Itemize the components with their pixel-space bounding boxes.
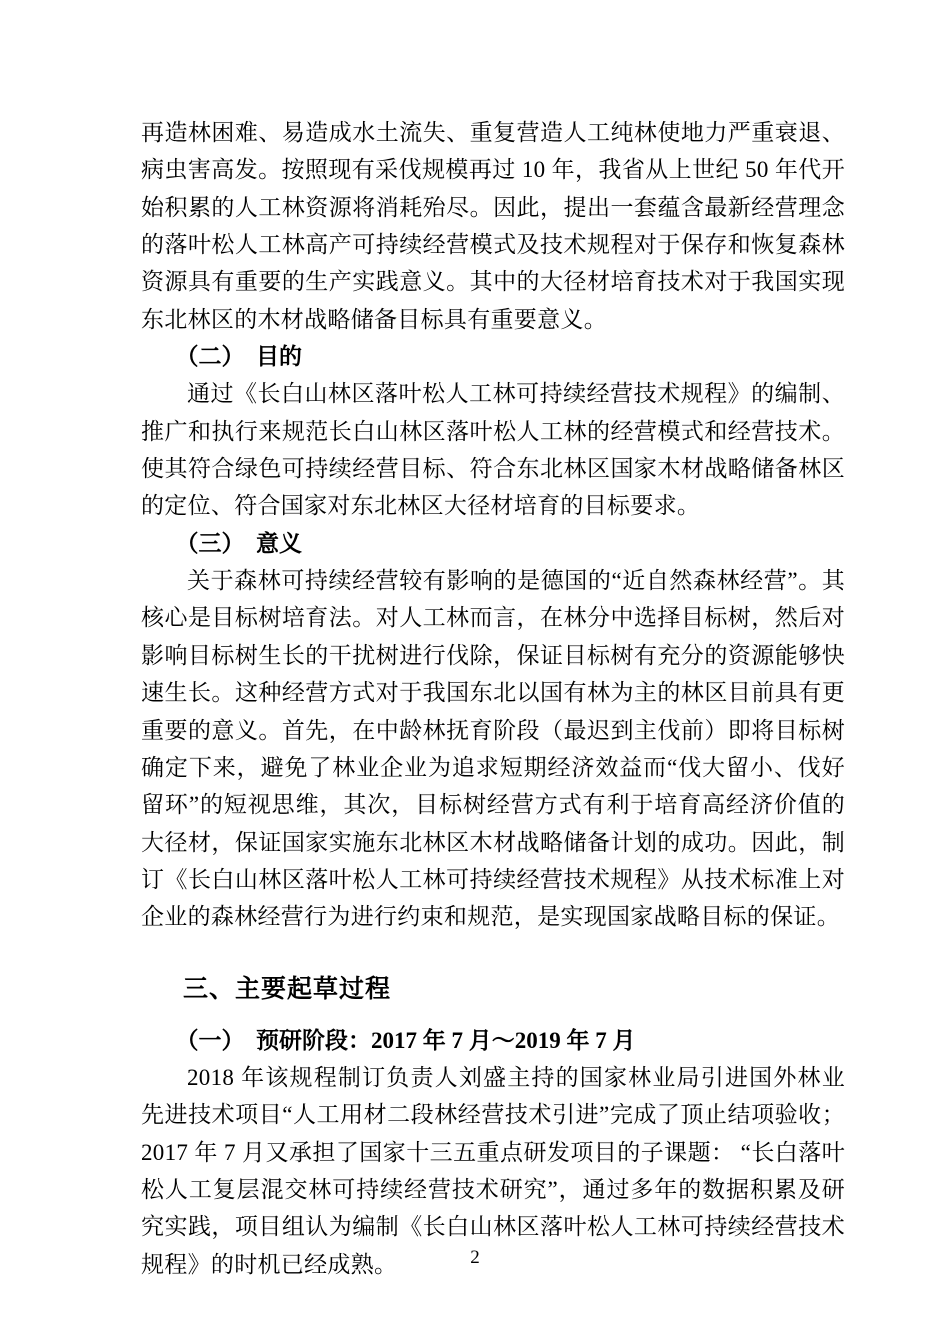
paragraph-purpose: 通过《长白山林区落叶松人工林可持续经营技术规程》的编制、推广和执行来规范长白山林… xyxy=(141,375,845,524)
heading-drafting-process: 三、主要起草过程 xyxy=(141,966,845,1012)
paragraph-significance: 关于森林可持续经营较有影响的是德国的“近自然森林经营”。其核心是目标树培育法。对… xyxy=(141,562,845,935)
heading-significance: （三） 意义 xyxy=(141,525,845,562)
document-page: 再造林困难、易造成水土流失、重复营造人工纯林使地力严重衰退、病虫害高发。按照现有… xyxy=(0,0,950,1344)
page-footer: 2 xyxy=(0,1246,950,1270)
document-body: 再造林困难、易造成水土流失、重复营造人工纯林使地力严重衰退、病虫害高发。按照现有… xyxy=(141,114,845,1283)
paragraph-background-continuation: 再造林困难、易造成水土流失、重复营造人工纯林使地力严重衰退、病虫害高发。按照现有… xyxy=(141,114,845,338)
heading-pre-research-stage: （一） 预研阶段：2017 年 7 月～2019 年 7 月 xyxy=(141,1022,845,1059)
heading-purpose: （二） 目的 xyxy=(141,338,845,375)
page-number: 2 xyxy=(470,1247,480,1268)
